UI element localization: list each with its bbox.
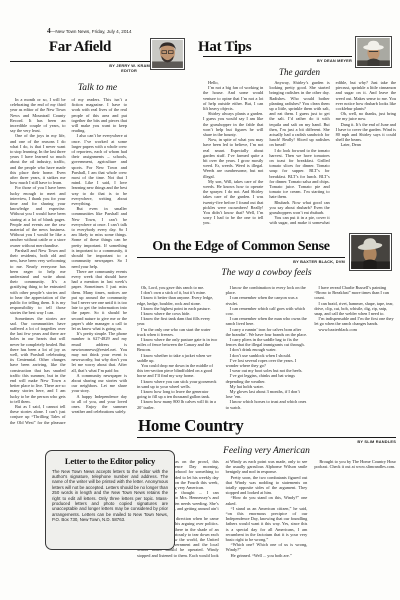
baxter-black-photo bbox=[349, 233, 392, 271]
jerry-kram-photo bbox=[150, 38, 185, 70]
hat-tips-column-title: The garden bbox=[203, 67, 396, 77]
cowboy-hat-portrait-icon bbox=[357, 38, 390, 66]
home-country-headline: Home Country bbox=[138, 417, 243, 434]
far-afield-headline: Far Afield bbox=[10, 40, 150, 55]
home-country-byline: BY SLIM RANDLES bbox=[137, 439, 396, 444]
common-sense-headline: On the Edge of Common Sense bbox=[137, 240, 345, 254]
home-country-column-title: Feeling very American bbox=[137, 446, 396, 456]
letter-policy-box: Letter to the Editor policy The New Town… bbox=[45, 450, 175, 550]
common-sense-body: Oh, Lord, you gave this ranch to me.I do… bbox=[137, 285, 396, 413]
common-sense-byline: BY BAXTER BLACK, DVM bbox=[137, 259, 345, 264]
letter-policy-title: Letter to the Editor policy bbox=[52, 456, 168, 466]
letter-policy-body: The New Town News accepts letters to the… bbox=[52, 469, 168, 523]
folio-line: 4—New Town News, Friday, July 4, 2014 bbox=[47, 26, 132, 35]
common-sense-divider bbox=[137, 257, 345, 258]
hat-tips-body: Hello,I’m not a big fan of working in th… bbox=[203, 80, 396, 227]
newspaper-page: 4—New Town News, Friday, July 4, 2014 Fa… bbox=[0, 0, 400, 600]
far-afield-byline-title: EDITOR bbox=[10, 68, 150, 73]
home-country-body: Windy Wilson was on the prowl, this beau… bbox=[137, 459, 396, 559]
common-sense-column-title: The way a cowboy feels bbox=[137, 268, 396, 278]
hat-tips-byline: BY DEAN MEYER bbox=[203, 58, 352, 63]
far-afield-byline: BY JERRY W. KRAM EDITOR bbox=[10, 63, 150, 73]
cowboy-hat-portrait-icon bbox=[351, 235, 390, 269]
hat-tips-headline: Hat Tips bbox=[198, 40, 251, 55]
far-afield-body: In a month or so, I will be celebrating … bbox=[10, 97, 127, 427]
folio-text: —New Town News, Friday, July 4, 2014 bbox=[51, 29, 132, 34]
far-afield-divider bbox=[10, 61, 150, 62]
far-afield-column-title: Talk to me bbox=[10, 83, 185, 93]
portrait-icon bbox=[152, 40, 183, 68]
hat-tips-divider bbox=[203, 56, 352, 57]
home-country-divider bbox=[137, 437, 396, 438]
dean-meyer-photo bbox=[355, 36, 392, 68]
